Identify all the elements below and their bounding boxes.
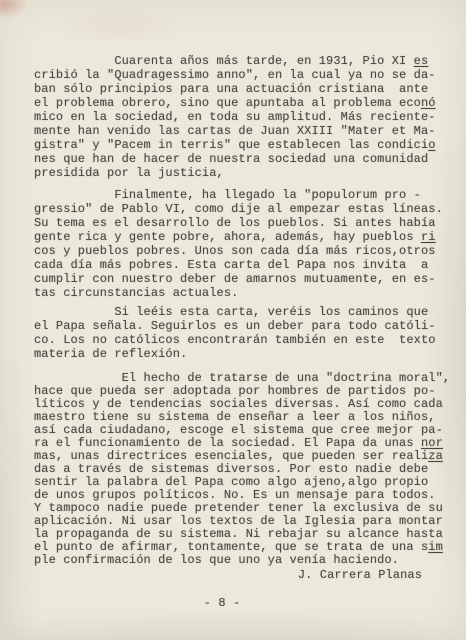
typed-line: gressio" de Pablo VI, como dije al empez… [34, 202, 456, 216]
typed-line: Cuarenta años más tarde, en 1931, Pio XI… [34, 54, 456, 68]
typed-line: ple confirmación de los que uno ya venía… [34, 554, 456, 567]
typed-line: cos y pueblos pobres. Unos son cada día … [34, 244, 456, 258]
paper-stain [0, 0, 40, 20]
paragraph: El hecho de tratarse de una "doctrina mo… [34, 372, 456, 567]
typed-line: Si leéis esta carta, veréis los caminos … [34, 305, 456, 319]
typed-line: gistra" y "Pacem in terris" que establec… [34, 138, 456, 152]
typed-line: gente rica y gente pobre, ahora, además,… [34, 230, 456, 244]
typed-line: ban sólo principios para una actuación c… [34, 82, 456, 96]
signature: J. Carrera Planas [298, 568, 422, 582]
paragraph: Cuarenta años más tarde, en 1931, Pio XI… [34, 54, 456, 180]
typed-line: Finalmente, ha llegado la "populorum pro… [34, 188, 456, 202]
typed-line: el problema obrero, sino que apuntaba al… [34, 96, 456, 110]
page-number: - 8 - [0, 596, 444, 610]
typed-line: mico en la sociedad, en toda su amplitud… [34, 110, 456, 124]
typed-line: el Papa señala. Seguirlos es un deber pa… [34, 319, 456, 333]
paragraph: Finalmente, ha llegado la "populorum pro… [34, 188, 456, 300]
typed-line: cribió la "Quadragessimo anno", en la cu… [34, 68, 456, 82]
typed-line: cada día más pobres. Esta carta del Papa… [34, 258, 456, 272]
typed-line: tas circunstancias actuales. [34, 286, 456, 300]
typed-line: nes que han de hacer de nuestra sociedad… [34, 152, 456, 166]
paragraph: Si leéis esta carta, veréis los caminos … [34, 305, 456, 361]
document-page: Cuarenta años más tarde, en 1931, Pio XI… [0, 0, 466, 640]
typed-line: presidida por la justicia, [34, 166, 456, 180]
typed-line: materia de reflexión. [34, 347, 456, 361]
typed-line: mente han venido las cartas de Juan XXII… [34, 124, 456, 138]
typed-line: cumplir con nuestro deber de amarnos mut… [34, 272, 456, 286]
typed-text: Cuarenta años más tarde, en 1931, Pio XI… [34, 54, 456, 567]
typed-line: co. Los no católicos encontrarán también… [34, 333, 456, 347]
typed-line: Su tema es el desarrollo de los pueblos.… [34, 216, 456, 230]
